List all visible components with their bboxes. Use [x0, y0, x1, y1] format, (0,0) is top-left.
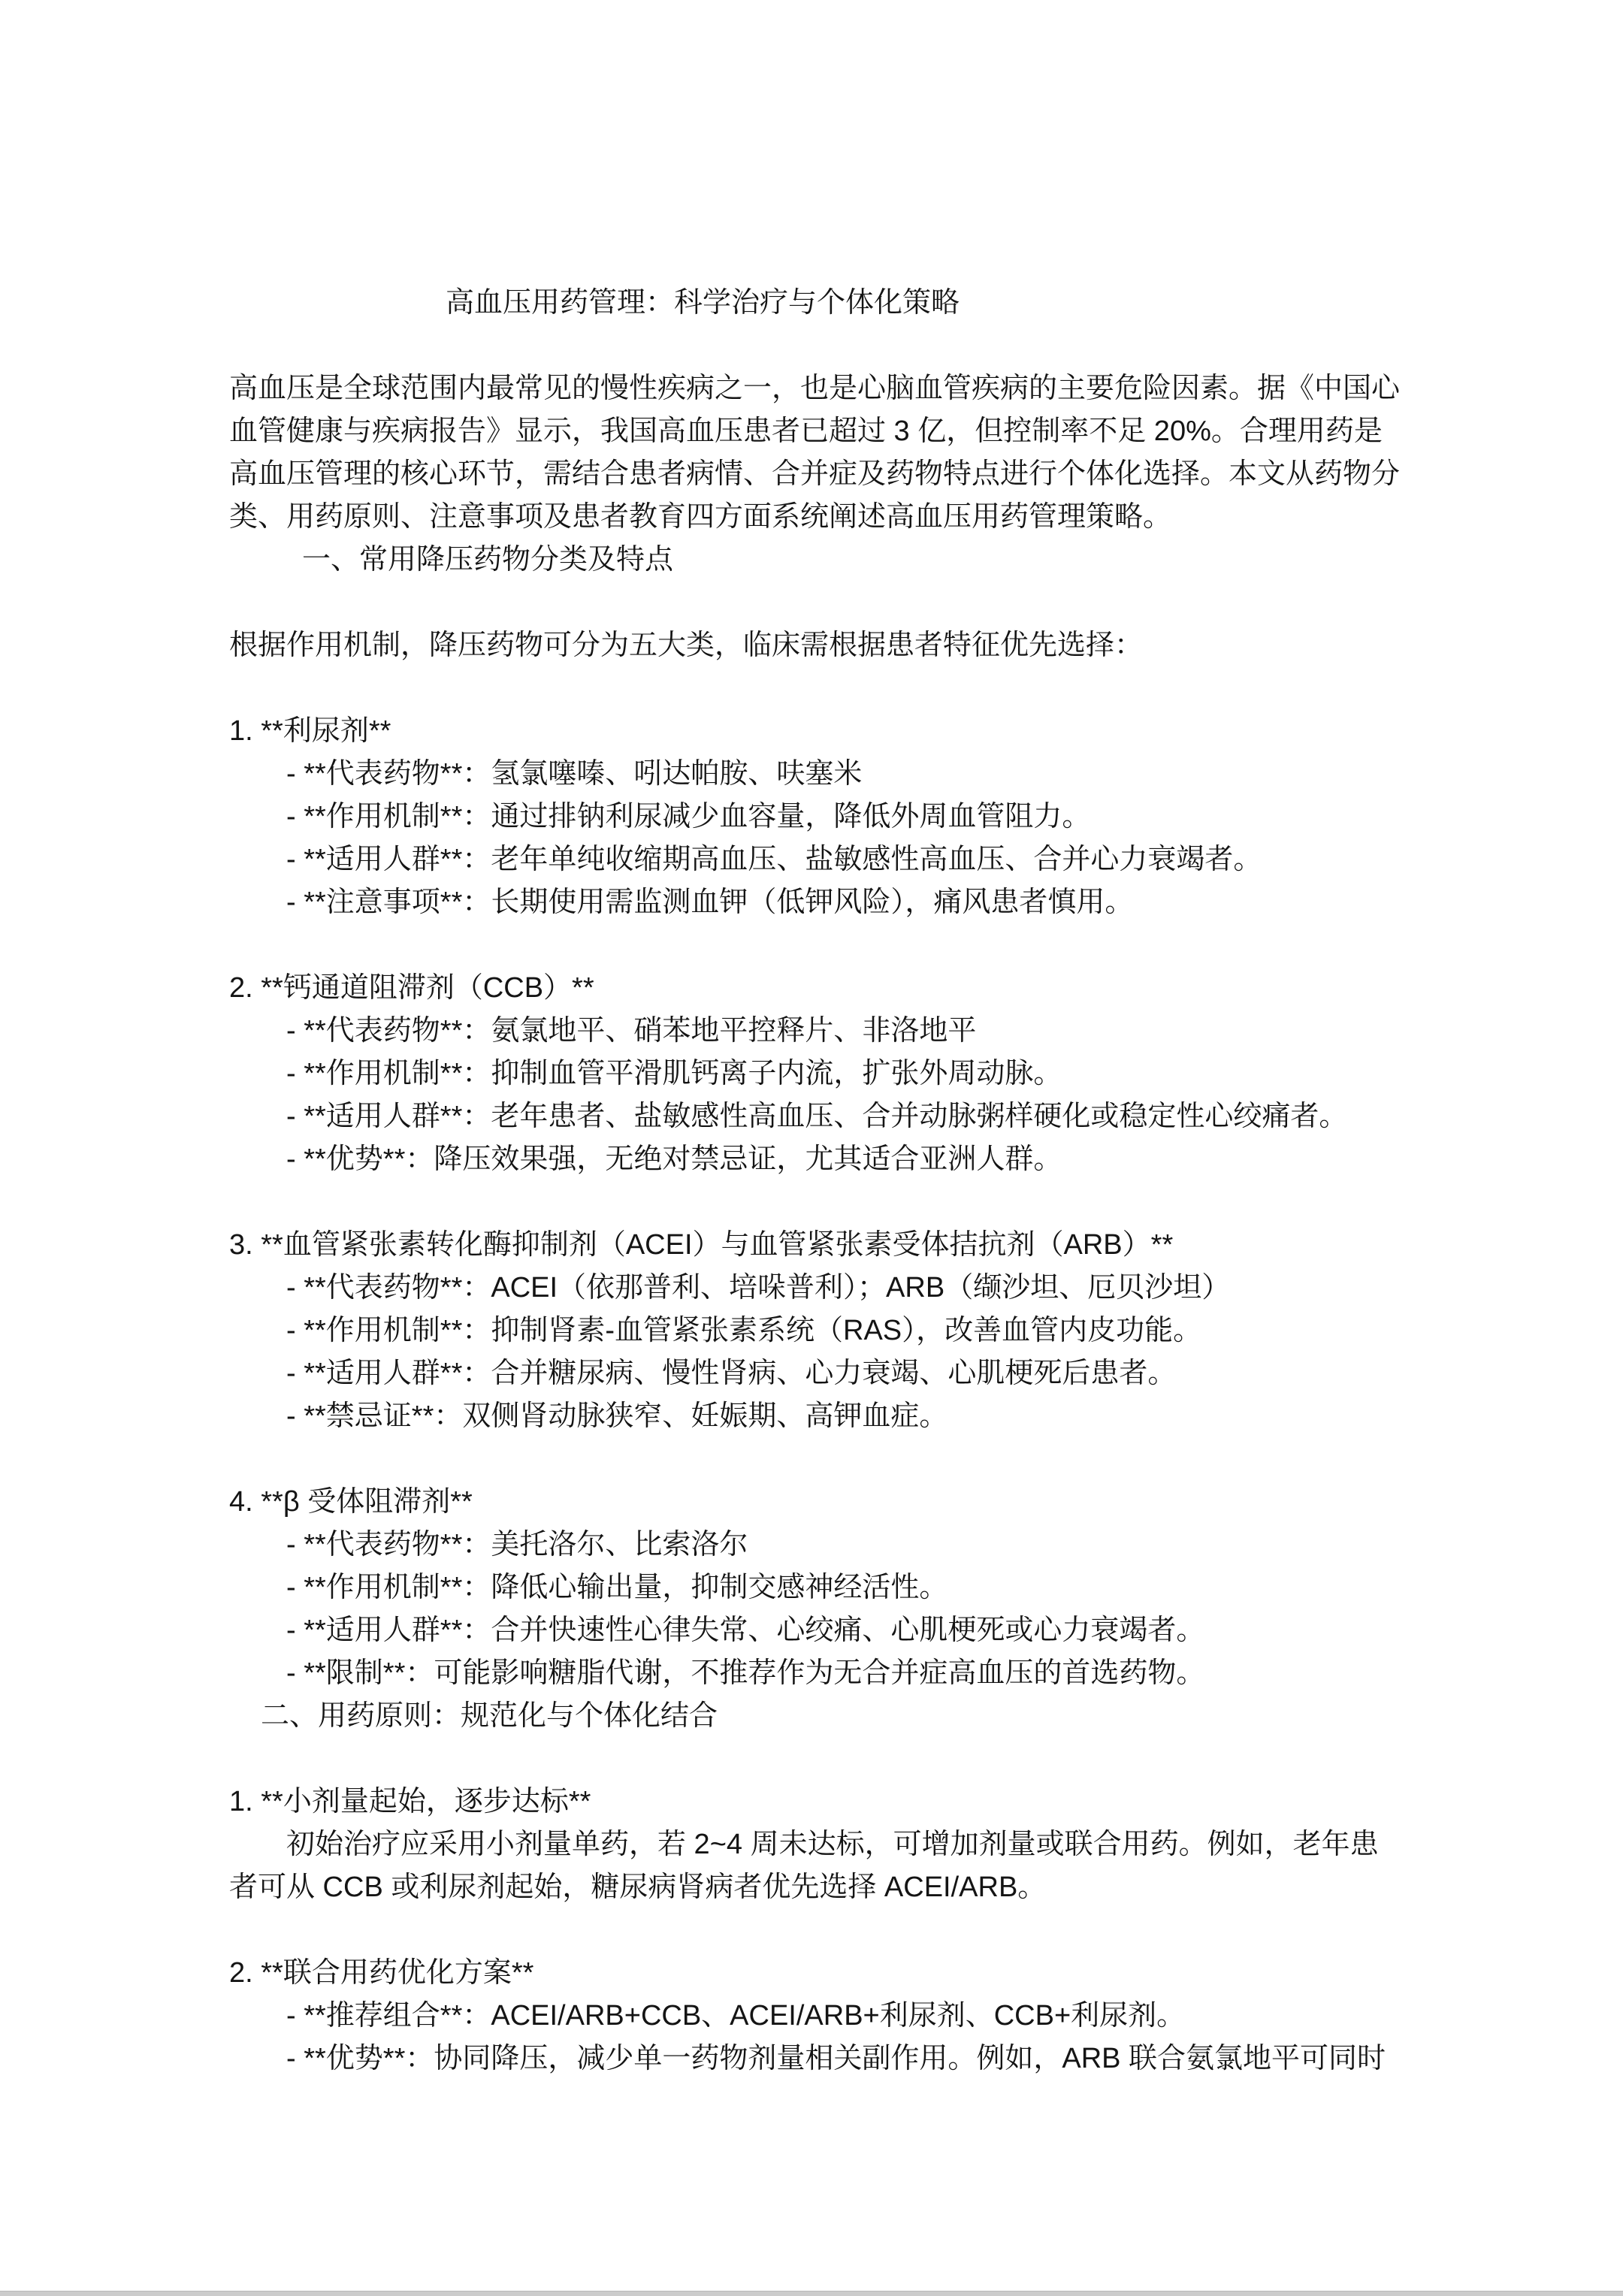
drug-class-2-item: - **优势**：降压效果强，无绝对禁忌证，尤其适合亚洲人群。 — [286, 1138, 1404, 1181]
section-2-heading: 二、用药原则：规范化与个体化结合 — [261, 1695, 1404, 1738]
drug-class-3-item: - **禁忌证**：双侧肾动脉狭窄、妊娠期、高钾血症。 — [286, 1395, 1404, 1438]
window-bottom-edge — [0, 2291, 1623, 2296]
intro-paragraph: 高血压是全球范围内最常见的慢性疾病之一，也是心脑血管疾病的主要危险因素。据《中国… — [229, 367, 1404, 539]
section-1-lead: 根据作用机制，降压药物可分为五大类，临床需根据患者特征优先选择： — [229, 624, 1404, 667]
drug-class-4-item: - **限制**：可能影响糖脂代谢，不推荐作为无合并症高血压的首选药物。 — [286, 1652, 1404, 1695]
principle-2-heading: 2. **联合用药优化方案** — [229, 1952, 1404, 1995]
drug-class-4-item: - **作用机制**：降低心输出量，抑制交感神经活性。 — [286, 1566, 1404, 1609]
drug-class-3-item: - **代表药物**：ACEI（依那普利、培哚普利）；ARB（缬沙坦、厄贝沙坦） — [286, 1267, 1404, 1310]
drug-class-1-item: - **代表药物**：氢氯噻嗪、吲达帕胺、呋塞米 — [286, 753, 1404, 796]
drug-class-4-heading: 4. **β 受体阻滞剂** — [229, 1481, 1404, 1524]
section-1-heading: 一、常用降压药物分类及特点 — [302, 539, 1404, 582]
drug-class-1-item: - **作用机制**：通过排钠利尿减少血容量，降低外周血管阻力。 — [286, 796, 1404, 838]
drug-class-2-item: - **代表药物**：氨氯地平、硝苯地平控释片、非洛地平 — [286, 1010, 1404, 1053]
drug-class-3-heading: 3. **血管紧张素转化酶抑制剂（ACEI）与血管紧张素受体拮抗剂（ARB）** — [229, 1224, 1404, 1267]
drug-class-4-item: - **适用人群**：合并快速性心律失常、心绞痛、心肌梗死或心力衰竭者。 — [286, 1609, 1404, 1652]
principle-1-body: 初始治疗应采用小剂量单药，若 2~4 周未达标，可增加剂量或联合用药。例如，老年… — [229, 1823, 1404, 1909]
principle-1-heading: 1. **小剂量起始，逐步达标** — [229, 1781, 1404, 1823]
drug-class-3-item: - **作用机制**：抑制肾素-血管紧张素系统（RAS），改善血管内皮功能。 — [286, 1310, 1404, 1352]
document-title: 高血压用药管理：科学治疗与个体化策略 — [446, 282, 1404, 325]
drug-class-1-item: - **注意事项**：长期使用需监测血钾（低钾风险），痛风患者慎用。 — [286, 881, 1404, 924]
drug-class-3-item: - **适用人群**：合并糖尿病、慢性肾病、心力衰竭、心肌梗死后患者。 — [286, 1352, 1404, 1395]
drug-class-2-item: - **作用机制**：抑制血管平滑肌钙离子内流，扩张外周动脉。 — [286, 1053, 1404, 1095]
drug-class-2-heading: 2. **钙通道阻滞剂（CCB）** — [229, 967, 1404, 1010]
drug-class-1-heading: 1. **利尿剂** — [229, 710, 1404, 753]
drug-class-1-item: - **适用人群**：老年单纯收缩期高血压、盐敏感性高血压、合并心力衰竭者。 — [286, 838, 1404, 881]
principle-2-item: - **优势**：协同降压，减少单一药物剂量相关副作用。例如，ARB 联合氨氯地… — [286, 2038, 1404, 2080]
principle-2-item: - **推荐组合**：ACEI/ARB+CCB、ACEI/ARB+利尿剂、CCB… — [286, 1995, 1404, 2038]
document-page: 高血压用药管理：科学治疗与个体化策略 高血压是全球范围内最常见的慢性疾病之一，也… — [0, 0, 1623, 2296]
drug-class-4-item: - **代表药物**：美托洛尔、比索洛尔 — [286, 1524, 1404, 1566]
drug-class-2-item: - **适用人群**：老年患者、盐敏感性高血压、合并动脉粥样硬化或稳定性心绞痛者… — [286, 1095, 1404, 1138]
